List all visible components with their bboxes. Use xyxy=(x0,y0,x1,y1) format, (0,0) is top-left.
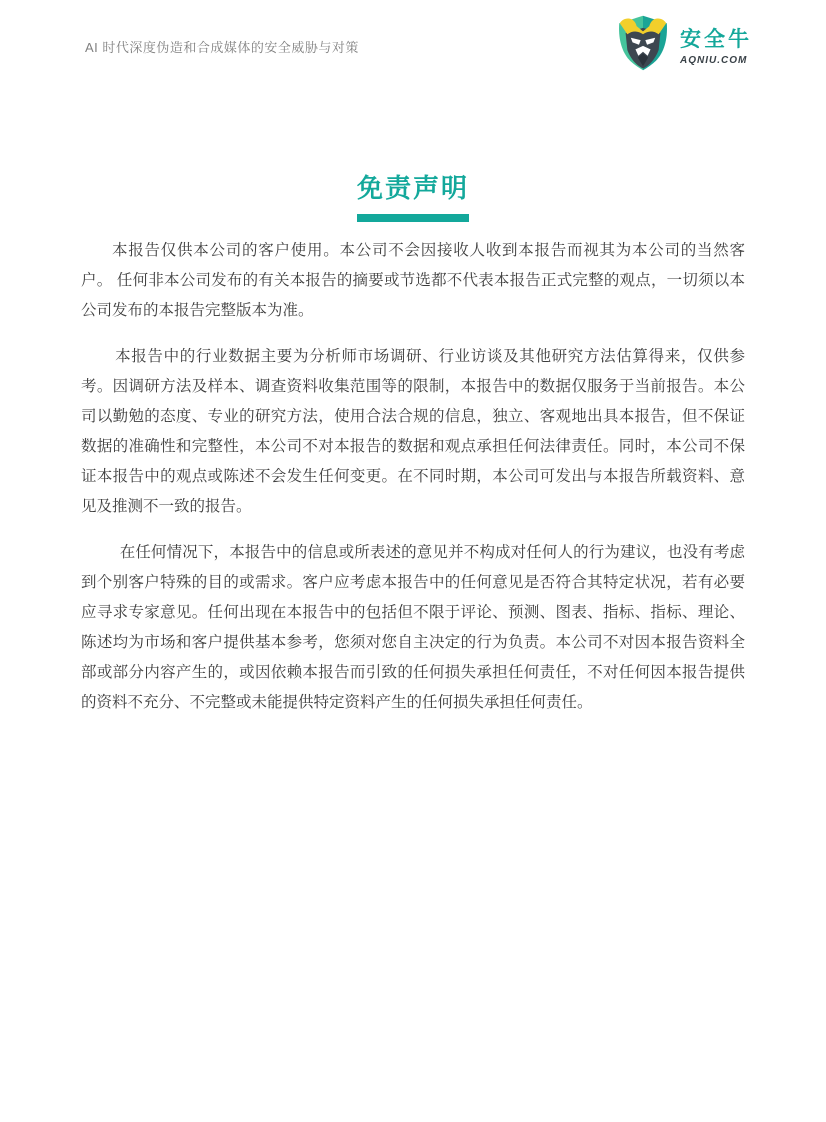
page-header: AI 时代深度伪造和合成媒体的安全威胁与对策 xyxy=(0,0,826,90)
disclaimer-title: 免责声明 xyxy=(357,168,469,205)
disclaimer-paragraph: 本报告仅供本公司的客户使用。本公司不会因接收人收到本报告而视其为本公司的当然客户… xyxy=(81,236,745,326)
disclaimer-paragraph: 在任何情况下，本报告中的信息或所表述的意见并不构成对任何人的行为建议，也没有考虑… xyxy=(81,538,745,718)
title-underline xyxy=(357,214,469,222)
report-page: AI 时代深度伪造和合成媒体的安全威胁与对策 xyxy=(0,0,826,1122)
disclaimer-paragraph: 本报告中的行业数据主要为分析师市场调研、行业访谈及其他研究方法估算得来，仅供参考… xyxy=(81,342,745,522)
title-block: 免责声明 xyxy=(0,168,826,222)
brand-domain: AQNIU.COM xyxy=(680,55,752,66)
bull-shield-icon xyxy=(614,14,672,72)
brand-name: 安全牛 xyxy=(680,28,752,51)
brand-logo: 安全牛 AQNIU.COM xyxy=(614,14,752,72)
brand-text-block: 安全牛 AQNIU.COM xyxy=(680,20,752,65)
document-title: AI 时代深度伪造和合成媒体的安全威胁与对策 xyxy=(85,37,359,56)
disclaimer-body: 本报告仅供本公司的客户使用。本公司不会因接收人收到本报告而视其为本公司的当然客户… xyxy=(81,236,745,734)
